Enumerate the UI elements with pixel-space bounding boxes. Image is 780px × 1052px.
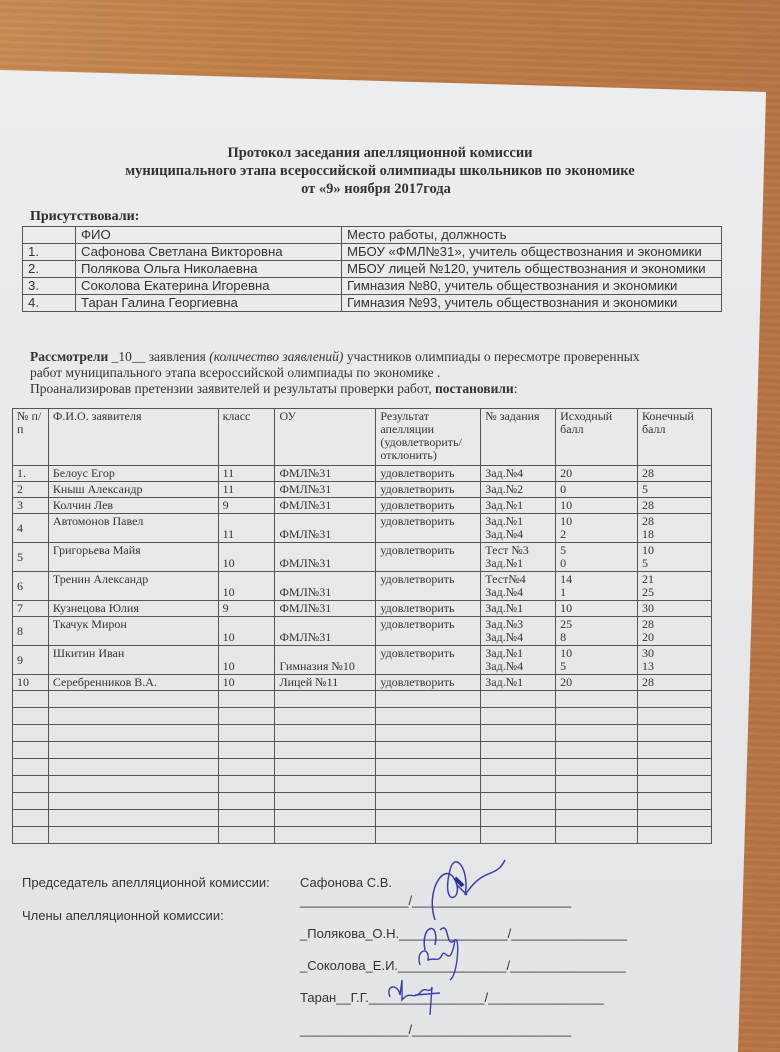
members-row: 2.Полякова Ольга НиколаевнаМБОУ лицей №1… <box>23 261 722 278</box>
member-number: 2. <box>23 261 76 278</box>
initial-scores: 102 <box>556 514 638 543</box>
empty-cell <box>556 810 638 827</box>
empty-cell <box>48 793 218 810</box>
appeals-header-cell: Результат апелляции (удовлетворить/ откл… <box>376 409 481 466</box>
empty-cell <box>218 827 275 844</box>
member-workplace: Гимназия №80, учитель обществознания и э… <box>342 278 722 295</box>
initial-score: 5 <box>560 660 633 673</box>
appeals-row: 1.Белоус Егор11ФМЛ№31удовлетворитьЗад.№4… <box>13 466 712 482</box>
appeal-result: удовлетворить <box>376 572 481 601</box>
initial-score: 10 <box>560 602 633 615</box>
initial-score: 20 <box>560 467 633 480</box>
appeal-number: 8 <box>13 617 49 646</box>
empty-cell <box>638 691 712 708</box>
appeal-result: удовлетворить <box>376 543 481 572</box>
protocol-document: Протокол заседания апелляционной комисси… <box>0 0 780 1052</box>
initial-scores: 10 <box>556 601 638 617</box>
appeals-row: 2Кныш Александр11ФМЛ№31удовлетворитьЗад.… <box>13 482 712 498</box>
appeals-empty-row <box>13 810 712 827</box>
task-numbers: Зад.№4 <box>481 466 556 482</box>
members-label: Члены апелляционной комиссии: <box>22 908 224 923</box>
appeal-number: 3 <box>13 498 49 514</box>
appeal-number: 7 <box>13 601 49 617</box>
empty-cell <box>376 759 481 776</box>
applicant-name: Тренин Александр <box>48 572 218 601</box>
appeal-number: 10 <box>13 675 49 691</box>
final-score: 28 <box>642 499 707 512</box>
initial-scores: 20 <box>556 466 638 482</box>
appeals-empty-row <box>13 827 712 844</box>
final-score: 18 <box>642 528 707 541</box>
empty-cell <box>481 708 556 725</box>
task-numbers: Зад.№1Зад.№4 <box>481 646 556 675</box>
appeals-empty-row <box>13 725 712 742</box>
members-header-cell: Место работы, должность <box>342 227 722 244</box>
empty-cell <box>376 810 481 827</box>
empty-cell <box>638 725 712 742</box>
appeals-empty-row <box>13 742 712 759</box>
members-row: 1.Сафонова Светлана ВикторовнаМБОУ «ФМЛ№… <box>23 244 722 261</box>
empty-cell <box>48 759 218 776</box>
empty-cell <box>275 691 376 708</box>
final-scores: 3013 <box>638 646 712 675</box>
final-scores: 5 <box>638 482 712 498</box>
appeal-number: 6 <box>13 572 49 601</box>
initial-score: 5 <box>560 544 633 557</box>
member-workplace: Гимназия №93, учитель обществознания и э… <box>342 295 722 312</box>
task-number: Зад.№4 <box>485 528 551 541</box>
empty-cell <box>13 708 49 725</box>
appeal-result: удовлетворить <box>376 498 481 514</box>
empty-cell <box>556 827 638 844</box>
appeals-row: 10Серебренников В.А.10Лицей №11удовлетво… <box>13 675 712 691</box>
applicant-grade: 9 <box>218 498 275 514</box>
final-score: 25 <box>642 586 707 599</box>
member-number: 1. <box>23 244 76 261</box>
decided-colon: : <box>514 381 518 396</box>
member-name: Полякова Ольга Николаевна <box>76 261 342 278</box>
chair-name: Сафонова С.В. <box>300 875 392 890</box>
empty-cell <box>13 827 49 844</box>
applicant-name: Белоус Егор <box>48 466 218 482</box>
considered-text-a: заявления <box>145 349 209 364</box>
empty-cell <box>638 776 712 793</box>
applicant-grade: 10 <box>218 543 275 572</box>
applicant-name: Кныш Александр <box>48 482 218 498</box>
appeals-header-cell: класс <box>218 409 275 466</box>
applicant-school: Лицей №11 <box>275 675 376 691</box>
empty-cell <box>13 742 49 759</box>
applicant-grade: 10 <box>218 617 275 646</box>
empty-cell <box>275 827 376 844</box>
task-number: Зад.№1 <box>485 602 551 615</box>
present-label: Присутствовали: <box>30 209 139 225</box>
final-score: 20 <box>642 631 707 644</box>
empty-cell <box>48 708 218 725</box>
empty-cell <box>275 725 376 742</box>
applicant-school: Гимназия №10 <box>275 646 376 675</box>
task-number: Зад.№4 <box>485 586 551 599</box>
initial-score: 10 <box>560 515 633 528</box>
empty-cell <box>48 725 218 742</box>
member-signature-taran-scribble <box>380 975 450 1025</box>
task-numbers: Тест №3Зад.№1 <box>481 543 556 572</box>
members-row: 4.Таран Галина ГеоргиевнаГимназия №93, у… <box>23 295 722 312</box>
appeals-row: 7Кузнецова Юлия9ФМЛ№31удовлетворитьЗад.№… <box>13 601 712 617</box>
considered-line-3: Проанализировав претензии заявителей и р… <box>30 381 517 397</box>
final-score: 5 <box>642 557 707 570</box>
members-header-cell <box>23 227 76 244</box>
empty-cell <box>638 793 712 810</box>
applicant-grade: 9 <box>218 601 275 617</box>
empty-cell <box>13 776 49 793</box>
member-name: Таран Галина Георгиевна <box>76 295 342 312</box>
considered-line-2: работ муниципального этапа всероссийской… <box>30 365 440 381</box>
empty-cell <box>275 708 376 725</box>
initial-scores: 105 <box>556 646 638 675</box>
appeal-number: 4 <box>13 514 49 543</box>
applicant-name: Григорьева Майя <box>48 543 218 572</box>
task-number: Зад.№1 <box>485 557 551 570</box>
final-scores: 2820 <box>638 617 712 646</box>
task-number: Зад.№4 <box>485 660 551 673</box>
empty-cell <box>48 810 218 827</box>
members-row: 3.Соколова Екатерина ИгоревнаГимназия №8… <box>23 278 722 295</box>
empty-cell <box>13 725 49 742</box>
appeal-result: удовлетворить <box>376 466 481 482</box>
empty-cell <box>218 708 275 725</box>
considered-line-1: Рассмотрели _10__ заявления (количество … <box>30 349 640 365</box>
applicant-school: ФМЛ№31 <box>275 601 376 617</box>
applicant-school: ФМЛ№31 <box>275 514 376 543</box>
initial-score: 10 <box>560 647 633 660</box>
empty-cell <box>638 742 712 759</box>
final-score: 5 <box>642 483 707 496</box>
members-header-row: ФИОМесто работы, должность <box>23 227 722 244</box>
applicant-school: ФМЛ№31 <box>275 498 376 514</box>
empty-cell <box>376 742 481 759</box>
appeal-result: удовлетворить <box>376 514 481 543</box>
initial-score: 14 <box>560 573 633 586</box>
applicant-school: ФМЛ№31 <box>275 617 376 646</box>
appeals-row: 9Шкитин Иван10Гимназия №10удовлетворитьЗ… <box>13 646 712 675</box>
empty-cell <box>556 776 638 793</box>
appeals-empty-row <box>13 759 712 776</box>
empty-cell <box>481 793 556 810</box>
task-numbers: Зад.№1 <box>481 601 556 617</box>
applicant-grade: 11 <box>218 482 275 498</box>
empty-cell <box>218 742 275 759</box>
final-scores: 2125 <box>638 572 712 601</box>
applications-count: _10__ <box>112 349 146 364</box>
appeals-header-cell: Исходный балл <box>556 409 638 466</box>
empty-cell <box>275 793 376 810</box>
considered-label: Рассмотрели <box>30 349 108 364</box>
member-workplace: МБОУ лицей №120, учитель обществознания … <box>342 261 722 278</box>
members-header-cell: ФИО <box>76 227 342 244</box>
empty-cell <box>638 759 712 776</box>
empty-cell <box>376 725 481 742</box>
applicant-name: Ткачук Мирон <box>48 617 218 646</box>
initial-score: 1 <box>560 586 633 599</box>
task-number: Зад.№2 <box>485 483 551 496</box>
task-numbers: Зад.№1Зад.№4 <box>481 514 556 543</box>
empty-cell <box>481 725 556 742</box>
appeals-header-row: № п/пФ.И.О. заявителяклассОУРезультат ап… <box>13 409 712 466</box>
appeals-empty-row <box>13 708 712 725</box>
member-number: 3. <box>23 278 76 295</box>
initial-score: 0 <box>560 557 633 570</box>
task-number: Зад.№1 <box>485 676 551 689</box>
empty-cell <box>48 691 218 708</box>
appeals-row: 8Ткачук Мирон10ФМЛ№31удовлетворитьЗад.№3… <box>13 617 712 646</box>
empty-cell <box>556 691 638 708</box>
appeal-result: удовлетворить <box>376 601 481 617</box>
appeals-header-cell: № п/п <box>13 409 49 466</box>
applicant-school: ФМЛ№31 <box>275 572 376 601</box>
final-scores: 28 <box>638 675 712 691</box>
final-score: 28 <box>642 467 707 480</box>
task-number: Зад.№4 <box>485 467 551 480</box>
applicant-name: Автомонов Павел <box>48 514 218 543</box>
task-numbers: Зад.№1 <box>481 675 556 691</box>
member-name: Соколова Екатерина Игоревна <box>76 278 342 295</box>
appeals-header-cell: № задания <box>481 409 556 466</box>
applicant-school: ФМЛ№31 <box>275 543 376 572</box>
empty-cell <box>376 827 481 844</box>
applicant-school: ФМЛ№31 <box>275 466 376 482</box>
empty-cell <box>376 776 481 793</box>
chair-label: Председатель апелляционной комиссии: <box>22 875 270 890</box>
empty-cell <box>376 691 481 708</box>
applicant-name: Шкитин Иван <box>48 646 218 675</box>
appeals-row: 5Григорьева Майя10ФМЛ№31удовлетворитьТес… <box>13 543 712 572</box>
initial-scores: 10 <box>556 498 638 514</box>
empty-cell <box>218 776 275 793</box>
empty-cell <box>481 691 556 708</box>
applicant-grade: 10 <box>218 572 275 601</box>
task-number: Зад.№4 <box>485 631 551 644</box>
initial-score: 20 <box>560 676 633 689</box>
appeal-number: 9 <box>13 646 49 675</box>
empty-cell <box>48 776 218 793</box>
members-table: ФИОМесто работы, должность1.Сафонова Све… <box>22 226 722 312</box>
member-number: 4. <box>23 295 76 312</box>
empty-cell <box>218 759 275 776</box>
appeal-number: 2 <box>13 482 49 498</box>
empty-cell <box>275 759 376 776</box>
document-title-line-3: от «9» ноября 2017года <box>0 181 766 198</box>
applicant-school: ФМЛ№31 <box>275 482 376 498</box>
empty-cell <box>275 742 376 759</box>
empty-cell <box>556 708 638 725</box>
considered-text-b: участников олимпиады о пересмотре провер… <box>343 349 639 364</box>
final-score: 10 <box>642 544 707 557</box>
empty-cell <box>275 810 376 827</box>
appeal-number: 1. <box>13 466 49 482</box>
empty-cell <box>481 776 556 793</box>
empty-cell <box>638 708 712 725</box>
task-numbers: Зад.№3Зад.№4 <box>481 617 556 646</box>
final-score: 30 <box>642 602 707 615</box>
applicant-name: Серебренников В.А. <box>48 675 218 691</box>
applicant-name: Кузнецова Юлия <box>48 601 218 617</box>
member-signature-line-3: Таран__Г.Г.________________/____________… <box>300 990 604 1005</box>
task-numbers: Зад.№2 <box>481 482 556 498</box>
initial-scores: 258 <box>556 617 638 646</box>
final-scores: 28 <box>638 466 712 482</box>
appeals-header-cell: Конечный балл <box>638 409 712 466</box>
appeal-result: удовлетворить <box>376 482 481 498</box>
appeals-row: 4Автомонов Павел11ФМЛ№31удовлетворитьЗад… <box>13 514 712 543</box>
initial-scores: 0 <box>556 482 638 498</box>
member-workplace: МБОУ «ФМЛ№31», учитель обществознания и … <box>342 244 722 261</box>
final-scores: 30 <box>638 601 712 617</box>
empty-cell <box>481 810 556 827</box>
appeals-header-cell: Ф.И.О. заявителя <box>48 409 218 466</box>
initial-score: 8 <box>560 631 633 644</box>
initial-score: 0 <box>560 483 633 496</box>
empty-cell <box>48 742 218 759</box>
appeal-result: удовлетворить <box>376 646 481 675</box>
appeal-result: удовлетворить <box>376 617 481 646</box>
final-score: 28 <box>642 676 707 689</box>
empty-cell <box>218 793 275 810</box>
empty-cell <box>218 725 275 742</box>
empty-cell <box>218 691 275 708</box>
appeals-row: 3Колчин Лев9ФМЛ№31удовлетворитьЗад.№1102… <box>13 498 712 514</box>
considered-italic-note: (количество заявлений) <box>209 349 343 364</box>
applicant-grade: 10 <box>218 646 275 675</box>
empty-cell <box>13 759 49 776</box>
empty-cell <box>556 725 638 742</box>
empty-cell <box>556 742 638 759</box>
appeals-table: № п/пФ.И.О. заявителяклассОУРезультат ап… <box>12 408 712 844</box>
empty-cell <box>556 793 638 810</box>
initial-scores: 141 <box>556 572 638 601</box>
empty-cell <box>275 776 376 793</box>
empty-cell <box>481 759 556 776</box>
initial-scores: 50 <box>556 543 638 572</box>
empty-cell <box>13 810 49 827</box>
final-scores: 105 <box>638 543 712 572</box>
initial-scores: 20 <box>556 675 638 691</box>
final-scores: 28 <box>638 498 712 514</box>
applicant-name: Колчин Лев <box>48 498 218 514</box>
task-number: Зад.№1 <box>485 499 551 512</box>
appeal-result: удовлетворить <box>376 675 481 691</box>
appeals-empty-row <box>13 776 712 793</box>
member-name: Сафонова Светлана Викторовна <box>76 244 342 261</box>
appeals-header-cell: ОУ <box>275 409 376 466</box>
empty-cell <box>556 759 638 776</box>
empty-cell <box>13 691 49 708</box>
empty-cell <box>376 708 481 725</box>
initial-score: 25 <box>560 618 633 631</box>
empty-cell <box>638 827 712 844</box>
applicant-grade: 11 <box>218 514 275 543</box>
appeal-number: 5 <box>13 543 49 572</box>
empty-cell <box>218 810 275 827</box>
appeals-empty-row <box>13 691 712 708</box>
initial-score: 2 <box>560 528 633 541</box>
decided-label: постановили <box>435 381 514 396</box>
initial-score: 10 <box>560 499 633 512</box>
final-scores: 2818 <box>638 514 712 543</box>
task-numbers: Тест№4Зад.№4 <box>481 572 556 601</box>
appeals-row: 6Тренин Александр10ФМЛ№31удовлетворитьТе… <box>13 572 712 601</box>
empty-cell <box>481 827 556 844</box>
task-numbers: Зад.№1 <box>481 498 556 514</box>
analysis-text: Проанализировав претензии заявителей и р… <box>30 381 435 396</box>
empty-cell <box>638 810 712 827</box>
empty-cell <box>48 827 218 844</box>
document-title-line-2: муниципального этапа всероссийской олимп… <box>0 163 770 180</box>
applicant-grade: 10 <box>218 675 275 691</box>
empty-cell <box>376 793 481 810</box>
empty-cell <box>13 793 49 810</box>
applicant-grade: 11 <box>218 466 275 482</box>
document-title-line-1: Протокол заседания апелляционной комисси… <box>0 145 770 162</box>
appeals-empty-row <box>13 793 712 810</box>
final-score: 13 <box>642 660 707 673</box>
empty-cell <box>481 742 556 759</box>
